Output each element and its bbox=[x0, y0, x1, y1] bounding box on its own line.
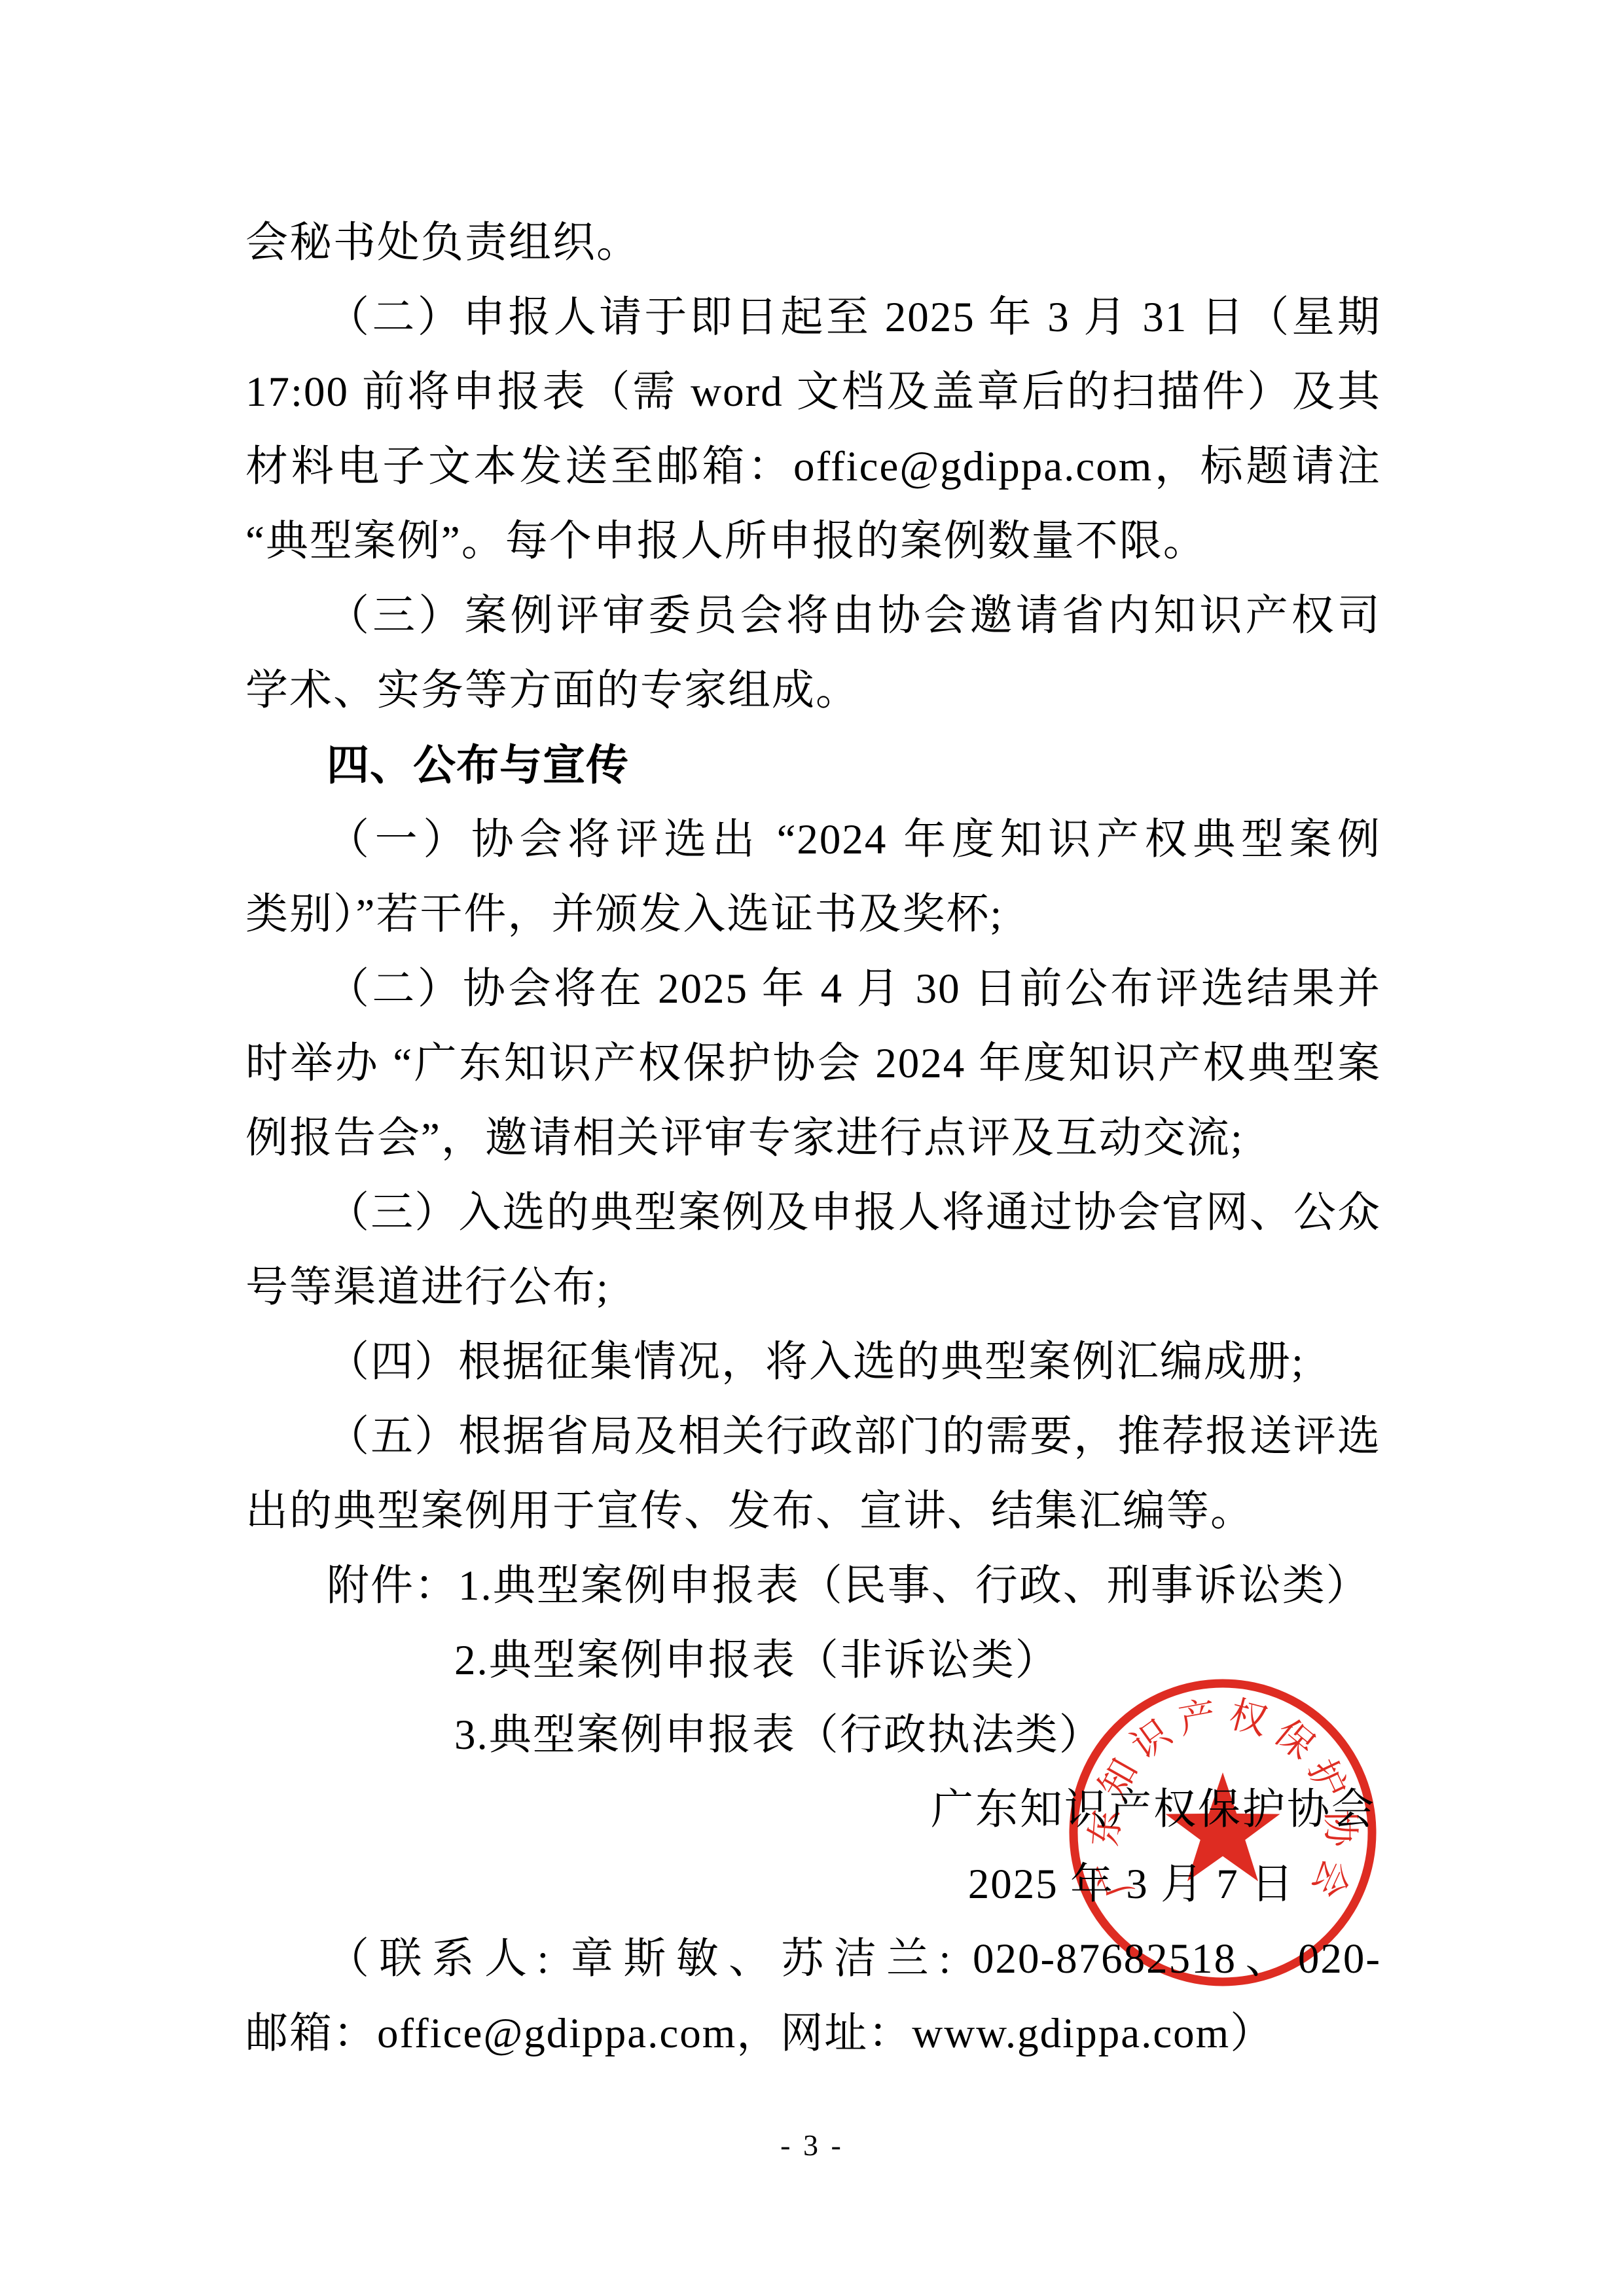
text-line: （五）根据省局及相关行政部门的需要，推荐报送评选 bbox=[245, 1399, 1381, 1474]
signature-date: 2025 年 3 月 7 日 bbox=[245, 1847, 1381, 1922]
text-line: “典型案例”。每个申报人所申报的案例数量不限。 bbox=[245, 504, 1381, 579]
section-heading: 四、公布与宣传 bbox=[245, 728, 1381, 802]
text-line: 会秘书处负责组织。 bbox=[245, 206, 1381, 280]
text-line: 材料电子文本发送至邮箱：office@gdippa.com，标题请注明 bbox=[245, 429, 1381, 504]
text-line: （四）根据征集情况，将入选的典型案例汇编成册; bbox=[245, 1325, 1381, 1399]
attachment-item: 2.典型案例申报表（非诉讼类） bbox=[245, 1623, 1381, 1698]
signature-org: 广东知识产权保护协会 bbox=[245, 1772, 1381, 1847]
document-body: 会秘书处负责组织。 （二）申报人请于即日起至 2025 年 3 月 31 日（星… bbox=[245, 206, 1381, 2071]
contact-line: （联系人: 章斯敏、苏洁兰: 020-87682518、020-87681972… bbox=[245, 1922, 1381, 1996]
text-line: （二）申报人请于即日起至 2025 年 3 月 31 日（星期一） bbox=[245, 280, 1381, 355]
text-line: 学术、实务等方面的专家组成。 bbox=[245, 653, 1381, 728]
text-line: （三）入选的典型案例及申报人将通过协会官网、公众 bbox=[245, 1175, 1381, 1250]
page-number: - 3 - bbox=[0, 2126, 1624, 2165]
text-line: （三）案例评审委员会将由协会邀请省内知识产权司法、 bbox=[245, 579, 1381, 653]
text-line: 号等渠道进行公布; bbox=[245, 1250, 1381, 1325]
text-line: 时举办 “广东知识产权保护协会 2024 年度知识产权典型案 bbox=[245, 1026, 1381, 1101]
text-line: 17:00 前将申报表（需 word 文档及盖章后的扫描件）及其他 bbox=[245, 355, 1381, 429]
attachment-item: 附件：1.典型案例申报表（民事、行政、刑事诉讼类） bbox=[245, 1549, 1381, 1623]
attachment-item: 3.典型案例申报表（行政执法类） bbox=[245, 1698, 1381, 1772]
text-line: 出的典型案例用于宣传、发布、宣讲、结集汇编等。 bbox=[245, 1474, 1381, 1549]
contact-line: 邮箱：office@gdippa.com，网址：www.gdippa.com） bbox=[245, 1996, 1381, 2071]
text-line: （一）协会将评选出 “2024 年度知识产权典型案例（分 bbox=[245, 802, 1381, 877]
text-line: 例报告会”，邀请相关评审专家进行点评及互动交流; bbox=[245, 1101, 1381, 1175]
text-line: （二）协会将在 2025 年 4 月 30 日前公布评选结果并适 bbox=[245, 952, 1381, 1026]
document-page: 会秘书处负责组织。 （二）申报人请于即日起至 2025 年 3 月 31 日（星… bbox=[0, 0, 1624, 2296]
text-line: 类别）”若干件，并颁发入选证书及奖杯; bbox=[245, 877, 1381, 952]
